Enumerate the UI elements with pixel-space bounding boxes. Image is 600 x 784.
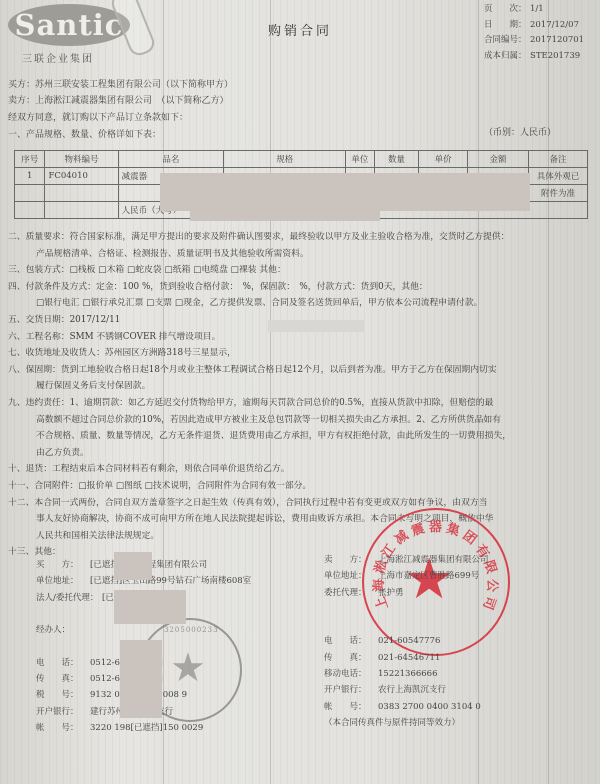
- seller-field: 卖 方：上海淞江减震器集团有限公司: [324, 552, 489, 568]
- clause-line: 二、质量要求：符合国家标准，满足甲方提出的要求及附件确认图要求，最终验收以甲方及…: [8, 229, 509, 242]
- seller-field: [324, 617, 489, 633]
- clause-line: 四、付款条件及方式：定金：100 %，货到验收合格付款： %，保固款： %，付款…: [8, 279, 428, 292]
- clause-line: 十三、其他：: [8, 544, 61, 557]
- redaction-block: [120, 640, 162, 718]
- clause-line: 七、收货地址及收货人：苏州园区方洲路318号三星显示，: [8, 345, 236, 358]
- currency-note: （币别：人民币）: [484, 125, 556, 138]
- document-title: 购销合同: [268, 20, 332, 39]
- clause-line: 十一、合同附件：□报价单 □图纸 □技术说明，合同附件为合同有效一部分。: [8, 478, 311, 491]
- clause-line: 人民共和国相关法律法规规定。: [36, 528, 159, 541]
- meta-date: 日 期：2017/12/07: [484, 18, 584, 34]
- redaction-block: [190, 208, 380, 221]
- contract-page: Santic 三联企业集团 购销合同 页 次：1/1 日 期：2017/12/0…: [0, 0, 600, 784]
- redaction-block: [114, 590, 186, 624]
- clause-line: 九、违约责任：1、逾期罚款：如乙方延迟交付货物给甲方，逾期每天罚款合同总价的0.…: [8, 395, 493, 408]
- seller-field: 委托代理：张护勇: [324, 585, 489, 601]
- logo-subtitle: 三联企业集团: [22, 50, 94, 65]
- clause-line: 高数额不超过合同总价款的10%，若因此造成甲方被业主及总包罚款等一切相关损失由乙…: [36, 412, 501, 425]
- redaction-block: [268, 320, 364, 332]
- clause-line: □银行电汇 □银行承兑汇票 □支票 □现金，乙方提供发票、合同及签名送货回单后，…: [36, 295, 482, 308]
- clause-line: 十二、本合同一式两份，合同自双方盖章签字之日起生效（传真有效），合同执行过程中若…: [8, 495, 487, 508]
- clause-line: 八、保固期：货到工地验收合格日起18个月或业主整体工程调试合格日起12个月，以后…: [8, 362, 497, 375]
- company-logo: Santic: [8, 4, 130, 46]
- buyer-field: 帐 号：3220 198[已遮挡]150 0029: [36, 720, 251, 736]
- section-1-title: 一、产品规格、数量、价格详如下表：: [8, 127, 161, 140]
- meta-contract-no: 合同编号：2017120701: [484, 33, 584, 49]
- seller-field: [324, 601, 489, 617]
- clause-line: 产品规格清单、合格证、检测报告、质量证明书及其他验收所需资料。: [36, 246, 309, 259]
- clause-line: 六、工程名称：SMM 不锈钢COVER 排气增设项目。: [8, 329, 220, 342]
- clause-line: 十、退货：工程结束后本合同材料若有剩余，则依合同单价退货给乙方。: [8, 461, 290, 474]
- seller-field: 移动电话：15221366666: [324, 666, 489, 682]
- seller-field: 单位地址：上海市嘉定区曹胜路699号: [324, 568, 489, 584]
- seller-field: （本合同传真件与原件持同等效力）: [324, 715, 489, 731]
- seller-signature-block: 卖 方：上海淞江减震器集团有限公司单位地址：上海市嘉定区曹胜路699号委托代理：…: [324, 552, 489, 731]
- seller-field: 开户银行：农行上海凯沉支行: [324, 682, 489, 698]
- seller-field: 电 话：021-60547776: [324, 633, 489, 649]
- clause-line: 由乙方负责。: [36, 445, 89, 458]
- clause-line: 三、包装方式：□栈板 □木箱 □蛇皮袋 □纸箱 □电缆盘 □裸装 其他：: [8, 262, 286, 275]
- seller-line: 卖方：上海淞江减震器集团有限公司 （以下简称乙方）: [8, 93, 229, 106]
- document-meta: 页 次：1/1 日 期：2017/12/07 合同编号：2017120701 成…: [484, 2, 584, 64]
- clause-line: 五、交货日期：2017/12/11: [8, 312, 120, 325]
- fold-line: [548, 0, 549, 784]
- buyer-field: 经办人：: [36, 622, 251, 638]
- agreement-line: 经双方同意，就订购以下产品订立条款如下：: [8, 110, 188, 123]
- meta-cost-center: 成本归属：STE201739: [484, 49, 584, 65]
- redaction-block: [160, 173, 530, 211]
- fold-line: [270, 0, 271, 784]
- meta-page: 页 次：1/1: [484, 2, 584, 18]
- table-header-row: 序号 物料编号 品名 规格 单位 数量 单价 金额 备注: [15, 151, 588, 168]
- seller-field: 传 真：021-64546711: [324, 650, 489, 666]
- buyer-line: 买方：苏州三联安装工程集团有限公司（以下简称甲方）: [8, 77, 233, 90]
- seller-field: 帐 号：0383 2700 0400 3104 0: [324, 699, 489, 715]
- redaction-block: [114, 552, 152, 580]
- clause-line: 履行保固义务后支付保固款。: [36, 378, 150, 391]
- clause-line: 不合规格、质量、数量等情况，乙方无条件退货、退货费用由乙方承担，甲方有权拒绝付款…: [36, 428, 511, 441]
